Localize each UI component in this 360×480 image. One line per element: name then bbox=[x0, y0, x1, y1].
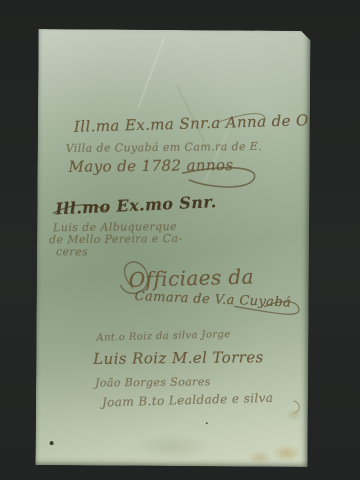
handwritten-line-addressee-1: Ill.mo Ex.mo Snr. bbox=[55, 192, 217, 218]
handwritten-line-sender-2: Camara de V.a Cuyabá bbox=[134, 289, 291, 311]
handwritten-line-signature-4: Joam B.to Lealdade e silva bbox=[102, 391, 274, 410]
paper-stain bbox=[247, 451, 271, 465]
handwritten-line-signature-2: Luis Roiz M.el Torres bbox=[93, 348, 264, 368]
handwritten-line-addressee-3: de Mello Pereira e Ca- bbox=[49, 232, 183, 246]
handwritten-line-closing-1: Ill.ma Ex.ma Snr.a Anna de Ob.a bbox=[74, 111, 334, 136]
archive-photo-frame: Ill.ma Ex.ma Snr.a Anna de Ob.a Villa de… bbox=[0, 0, 360, 480]
paper-stain bbox=[132, 434, 212, 461]
ink-speck bbox=[206, 422, 208, 424]
handwritten-line-sender-1: Officiaes da bbox=[128, 264, 254, 291]
ink-speck bbox=[50, 441, 54, 445]
margin-squiggle bbox=[294, 401, 300, 413]
handwritten-line-closing-3: Mayo de 1782 annos bbox=[68, 156, 233, 176]
paper-stain bbox=[286, 409, 302, 421]
handwritten-line-signature-3: João Borges Soares bbox=[95, 375, 211, 389]
paper-crease bbox=[137, 38, 165, 108]
handwritten-line-addressee-4: ceres bbox=[56, 245, 88, 258]
paper-stain bbox=[272, 445, 302, 462]
handwritten-line-closing-2: Villa de Cuyabá em Cam.ra de E. bbox=[66, 140, 263, 155]
manuscript-paper: Ill.ma Ex.ma Snr.a Anna de Ob.a Villa de… bbox=[35, 29, 310, 467]
handwritten-line-signature-1: Ant.o Roiz da silva Jorge bbox=[96, 329, 231, 344]
